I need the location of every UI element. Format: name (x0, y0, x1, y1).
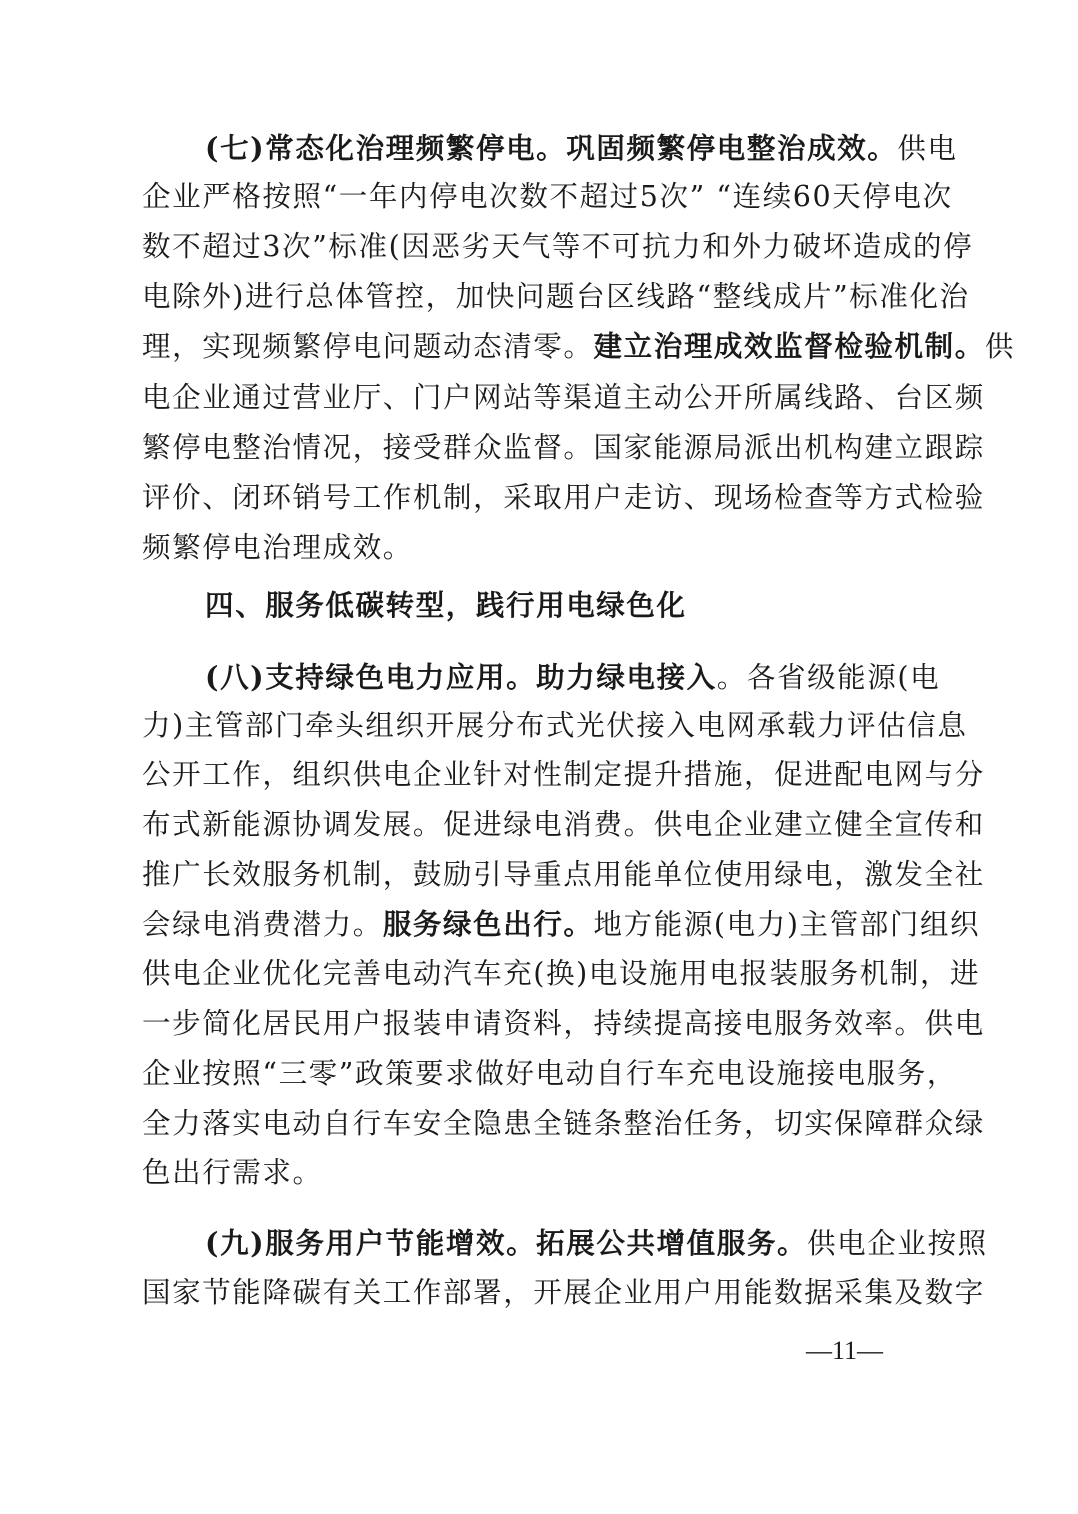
text-run: 全力落实电动自行车安全隐患全链条整治任务，切实保障群众绿 (142, 1107, 985, 1140)
text-run: 力)主管部门牵头组织开展分布式光伏接入电网承载力评估信息 (142, 709, 967, 742)
text-run: 电除外)进行总体管控，加快问题台区线路“整线成片”标准化治 (142, 280, 970, 313)
page-number: —11— (806, 1336, 883, 1366)
text-run: 推广长效服务机制，鼓励引导重点用能单位使用绿电，激发全社 (142, 858, 985, 891)
text-run: 评价、闭环销号工作机制，采取用户走访、现场检查等方式检验 (142, 481, 985, 514)
text-run: 布式新能源协调发展。促进绿电消费。供电企业建立健全宣传和 (142, 808, 985, 841)
paragraph-7-line-1: (七)常态化治理频繁停电。巩固频繁停电整治成效。供电 (205, 131, 925, 165)
paragraph-8-line-11: 色出行需求。 (142, 1156, 922, 1190)
text-run: 供电企业优化完善电动汽车充(换)电设施用电报装服务机制，进 (142, 957, 980, 990)
text-run: 繁停电整治情况，接受群众监督。国家能源局派出机构建立跟踪 (142, 431, 985, 464)
text-run: 企业严格按照“一年内停电次数不超过5次” “连续60天停电次 (142, 180, 953, 213)
bold-subheading: 建立治理成效监督检验机制。 (594, 329, 985, 363)
paragraph-7-line-3: 数不超过3次”标准(因恶劣天气等不可抗力和外力破坏造成的停 (142, 230, 922, 264)
paragraph-8-line-9: 企业按照“三零”政策要求做好电动自行车充电设施接电服务， (142, 1057, 922, 1091)
text-run: 数不超过3次”标准(因恶劣天气等不可抗力和外力破坏造成的停 (142, 230, 973, 263)
paragraph-8-line-7: 供电企业优化完善电动汽车充(换)电设施用电报装服务机制，进 (142, 957, 922, 991)
text-run: 色出行需求。 (142, 1156, 323, 1189)
paragraph-8-line-4: 布式新能源协调发展。促进绿电消费。供电企业建立健全宣传和 (142, 808, 922, 842)
text-run: 供 (985, 330, 1015, 363)
text-run: 电企业通过营业厅、门户网站等渠道主动公开所属线路、台区频 (142, 381, 985, 414)
section-8-heading: (八)支持绿色电力应用。助力绿电接入 (205, 660, 717, 694)
text-run: 公开工作，组织供电企业针对性制定提升措施，促进配电网与分 (142, 758, 985, 791)
text-run: 地方能源(电力)主管部门组织 (594, 908, 981, 941)
text-run: 。各省级能源(电 (717, 661, 940, 694)
paragraph-8-line-3: 公开工作，组织供电企业针对性制定提升措施，促进配电网与分 (142, 758, 922, 792)
paragraph-8-line-5: 推广长效服务机制，鼓励引导重点用能单位使用绿电，激发全社 (142, 858, 922, 892)
paragraph-8-line-10: 全力落实电动自行车安全隐患全链条整治任务，切实保障群众绿 (142, 1107, 922, 1141)
paragraph-7-line-5: 理，实现频繁停电问题动态清零。建立治理成效监督检验机制。供 (142, 329, 922, 363)
text-run: 理，实现频繁停电问题动态清零。 (142, 330, 594, 363)
paragraph-8-line-2: 力)主管部门牵头组织开展分布式光伏接入电网承载力评估信息 (142, 709, 922, 743)
heading-text: 四、服务低碳转型，践行用电绿色化 (205, 589, 687, 622)
paragraph-9-line-2: 国家节能降碳有关工作部署，开展企业用户用能数据采集及数字 (142, 1276, 922, 1310)
section-9-heading: (九)服务用户节能增效。拓展公共增值服务。 (205, 1226, 807, 1260)
paragraph-9-line-1: (九)服务用户节能增效。拓展公共增值服务。供电企业按照 (205, 1226, 925, 1260)
text-run: 一步简化居民用户报装申请资料，持续提高接电服务效率。供电 (142, 1007, 985, 1040)
text-run: 供电企业按照 (807, 1227, 988, 1260)
text-run: 供电 (897, 132, 957, 165)
section-7-heading: (七)常态化治理频繁停电。巩固频繁停电整治成效。 (205, 131, 897, 165)
paragraph-8-line-6: 会绿电消费潜力。服务绿色出行。地方能源(电力)主管部门组织 (142, 907, 922, 941)
text-run: 国家节能降碳有关工作部署，开展企业用户用能数据采集及数字 (142, 1276, 985, 1309)
paragraph-7-line-6: 电企业通过营业厅、门户网站等渠道主动公开所属线路、台区频 (142, 381, 922, 415)
paragraph-7-line-2: 企业严格按照“一年内停电次数不超过5次” “连续60天停电次 (142, 180, 922, 214)
paragraph-7-line-4: 电除外)进行总体管控，加快问题台区线路“整线成片”标准化治 (142, 280, 922, 314)
paragraph-7-line-7: 繁停电整治情况，接受群众监督。国家能源局派出机构建立跟踪 (142, 431, 922, 465)
section-4-heading: 四、服务低碳转型，践行用电绿色化 (205, 589, 925, 623)
paragraph-8-line-1: (八)支持绿色电力应用。助力绿电接入。各省级能源(电 (205, 660, 925, 694)
paragraph-8-line-8: 一步简化居民用户报装申请资料，持续提高接电服务效率。供电 (142, 1007, 922, 1041)
text-run: 会绿电消费潜力。 (142, 908, 383, 941)
paragraph-7-line-8: 评价、闭环销号工作机制，采取用户走访、现场检查等方式检验 (142, 481, 922, 515)
text-run: 频繁停电治理成效。 (142, 531, 413, 564)
text-run: 企业按照“三零”政策要求做好电动自行车充电设施接电服务， (142, 1057, 957, 1090)
document-page: (七)常态化治理频繁停电。巩固频繁停电整治成效。供电 企业严格按照“一年内停电次… (0, 0, 1078, 1514)
paragraph-7-line-9: 频繁停电治理成效。 (142, 531, 922, 565)
bold-subheading: 服务绿色出行。 (383, 907, 594, 941)
